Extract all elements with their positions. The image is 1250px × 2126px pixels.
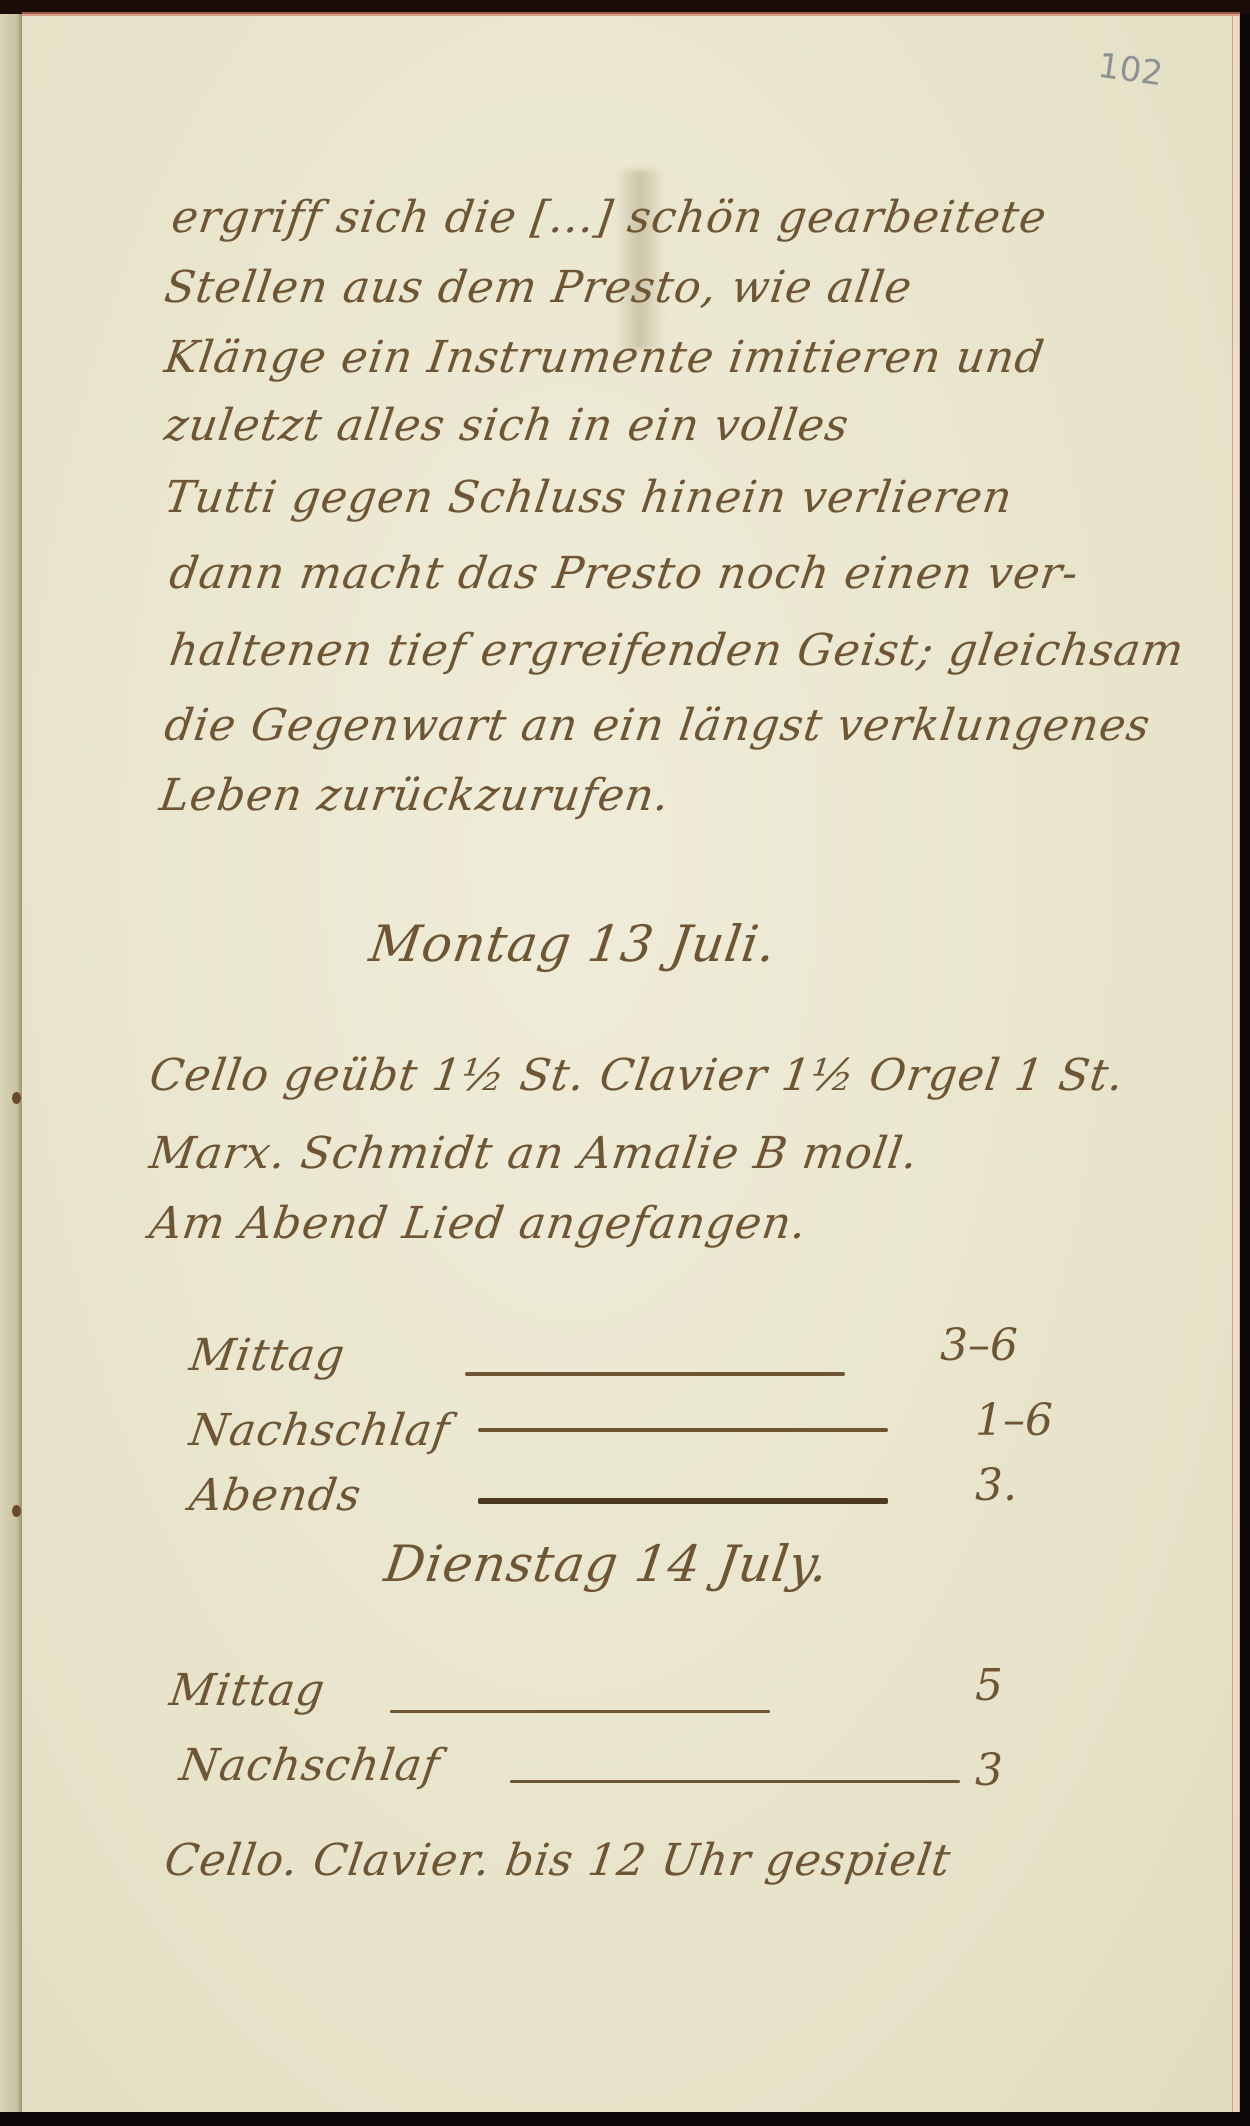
list-label: Nachschlaf — [176, 1740, 443, 1791]
list-value: 3–6 — [940, 1320, 1018, 1371]
dash-rule — [465, 1372, 845, 1376]
entry-text-line: Am Abend Lied angefangen. — [146, 1198, 810, 1249]
list-label: Abends — [186, 1470, 364, 1521]
dash-rule — [390, 1710, 770, 1713]
list-value: 3 — [975, 1745, 1003, 1796]
text-line: dann macht das Presto noch einen ver- — [166, 548, 1082, 599]
page-top-edge — [22, 12, 1240, 16]
list-value: 3. — [975, 1460, 1017, 1511]
entry-heading-date: Dienstag 14 July. — [381, 1535, 833, 1593]
binding-hole — [12, 1505, 21, 1517]
entry-text-line: Marx. Schmidt an Amalie B moll. — [146, 1128, 921, 1179]
dash-rule — [510, 1780, 960, 1783]
dash-rule — [478, 1428, 888, 1432]
text-line: ergriff sich die [...] schön gearbeitete — [168, 192, 1050, 243]
text-line: zuletzt alles sich in ein volles — [161, 400, 852, 451]
text-line: Leben zurückzurufen. — [156, 770, 673, 821]
text-line: Klänge ein Instrumente imitieren und — [161, 332, 1047, 383]
entry-text-line: Cello geübt 1½ St. Clavier 1½ Orgel 1 St… — [146, 1050, 1127, 1101]
previous-page-edge — [0, 14, 24, 2112]
entry-heading-date: Montag 13 Juli. — [366, 915, 780, 973]
list-label: Mittag — [186, 1330, 348, 1381]
text-line: Stellen aus dem Presto, wie alle — [161, 262, 915, 313]
entry-text-line: Cello. Clavier. bis 12 Uhr gespielt — [161, 1835, 954, 1886]
dash-rule — [478, 1498, 888, 1504]
text-line: Tutti gegen Schluss hinein verlieren — [161, 472, 1015, 523]
text-line: die Gegenwart an ein längst verklungenes — [161, 700, 1153, 751]
page-right-edge — [1232, 14, 1240, 2112]
list-label: Mittag — [166, 1665, 328, 1716]
list-value: 1–6 — [975, 1395, 1053, 1446]
list-label: Nachschlaf — [186, 1405, 453, 1456]
binding-hole — [12, 1092, 21, 1104]
list-value: 5 — [975, 1660, 1003, 1711]
text-line: haltenen tief ergreifenden Geist; gleich… — [166, 625, 1187, 676]
